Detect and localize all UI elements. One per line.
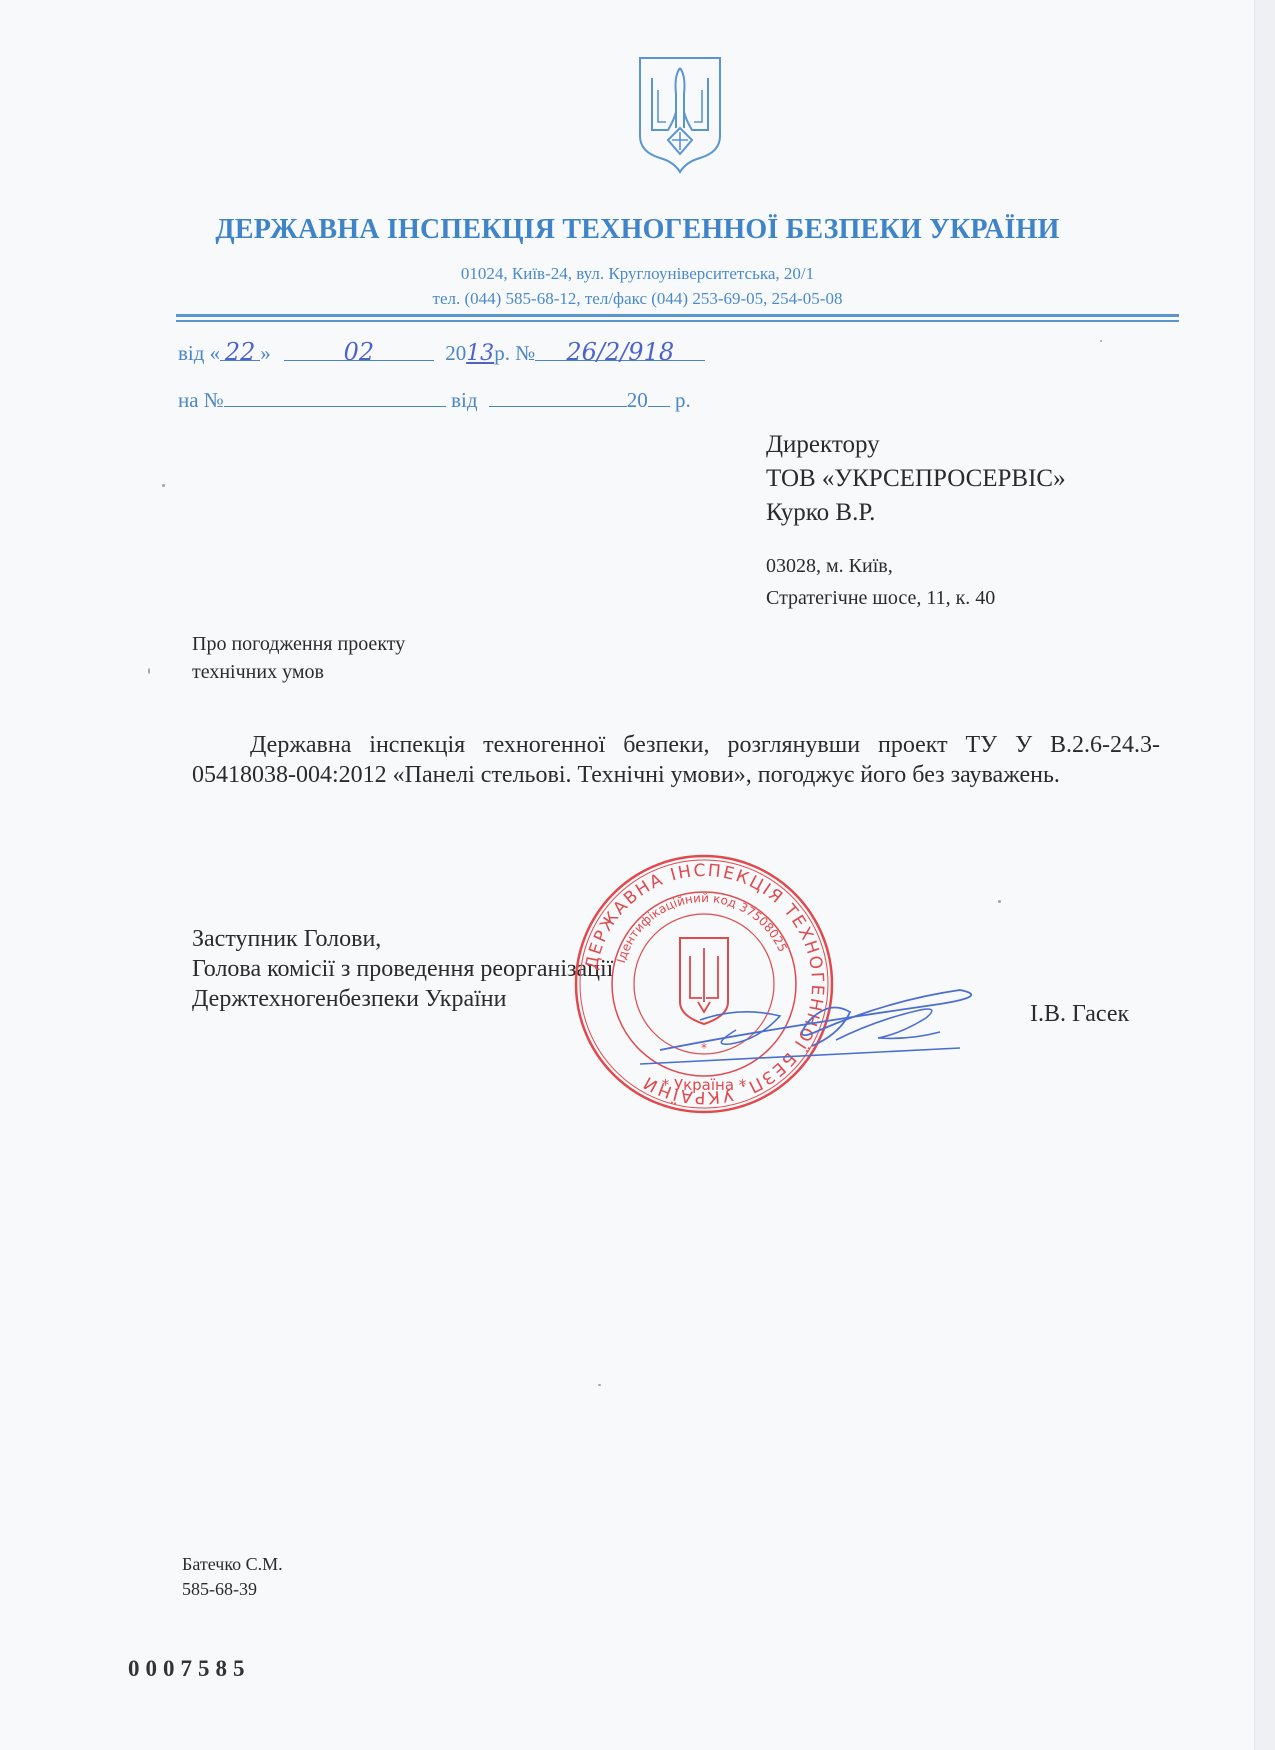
reply-number-field [224,384,446,407]
header-rule [176,314,1179,317]
scan-edge [1254,0,1275,1750]
reply-year-blank [648,384,670,407]
form-serial-number: 0007585 [128,1656,251,1682]
scan-speck [998,900,1001,903]
handwritten-signature-icon [640,960,1020,1070]
from-label: від « [178,341,220,365]
body-paragraph: Державна інспекція техногенної безпеки, … [192,730,1160,790]
scan-speck [148,668,150,674]
organization-address: 01024, Київ-24, вул. Круглоуніверситетсь… [0,264,1275,284]
addressee-address: 03028, м. Київ, Стратегічне шосе, 11, к.… [766,550,995,614]
subject-block: Про погодження проекту технічних умов [192,630,405,686]
addressee-name: Курко В.Р. [766,496,1066,530]
executor-phone: 585-68-39 [182,1577,283,1602]
executor-name: Батечко С.М. [182,1552,283,1577]
scan-speck [1100,340,1102,342]
signatory-name: І.В. Гасек [1030,1001,1129,1028]
organization-phones: тел. (044) 585-68-12, тел/факс (044) 253… [0,289,1275,309]
reply-year-suffix: р. [675,388,691,412]
addressee-title: Директору [766,428,1066,462]
signatory-position-3: Держтехногенбезпеки України [192,984,613,1014]
year-prefix: 20 [445,341,466,365]
year-suffix: р. № [494,341,535,365]
header-rule-2 [176,320,1179,322]
reply-from-label: від [451,388,477,412]
addressee-postal: 03028, м. Київ, [766,550,995,582]
addressee-company: ТОВ «УКРСЕПРОСЕРВІС» [766,462,1066,496]
executor-block: Батечко С.М. 585-68-39 [182,1552,283,1602]
day-close: » [260,341,271,365]
letter-body: Державна інспекція техногенної безпеки, … [192,730,1160,790]
subject-line-2: технічних умов [192,658,405,686]
signatory-position-1: Заступник Голови, [192,924,613,954]
signatory-block: Заступник Голови, Голова комісії з прове… [192,924,613,1014]
organization-title: ДЕРЖАВНА ІНСПЕКЦІЯ ТЕХНОГЕННОЇ БЕЗПЕКИ У… [0,214,1275,246]
incoming-reference: на № від 20 р. [178,384,691,413]
addressee-block: Директору ТОВ «УКРСЕПРОСЕРВІС» Курко В.Р… [766,428,1066,530]
day-value: 22 [225,338,256,366]
addressee-street: Стратегічне шосе, 11, к. 40 [766,582,995,614]
svg-text:* Україна *: * Україна * [662,1076,747,1094]
signatory-position-2: Голова комісії з проведення реорганізаці… [192,954,613,984]
reply-year: 20 [627,388,648,412]
scan-speck [162,484,165,487]
subject-line-1: Про погодження проекту [192,630,405,658]
reply-date-field [489,384,627,407]
document-number: 26/2/918 [566,338,674,366]
outgoing-reference: від «22» 02 2013р. №26/2/918 [178,338,705,366]
year-value: 13 [466,341,494,366]
coat-of-arms-icon [634,54,726,174]
scan-speck [598,1384,601,1386]
reply-number-label: на № [178,388,224,412]
month-value: 02 [344,338,375,366]
